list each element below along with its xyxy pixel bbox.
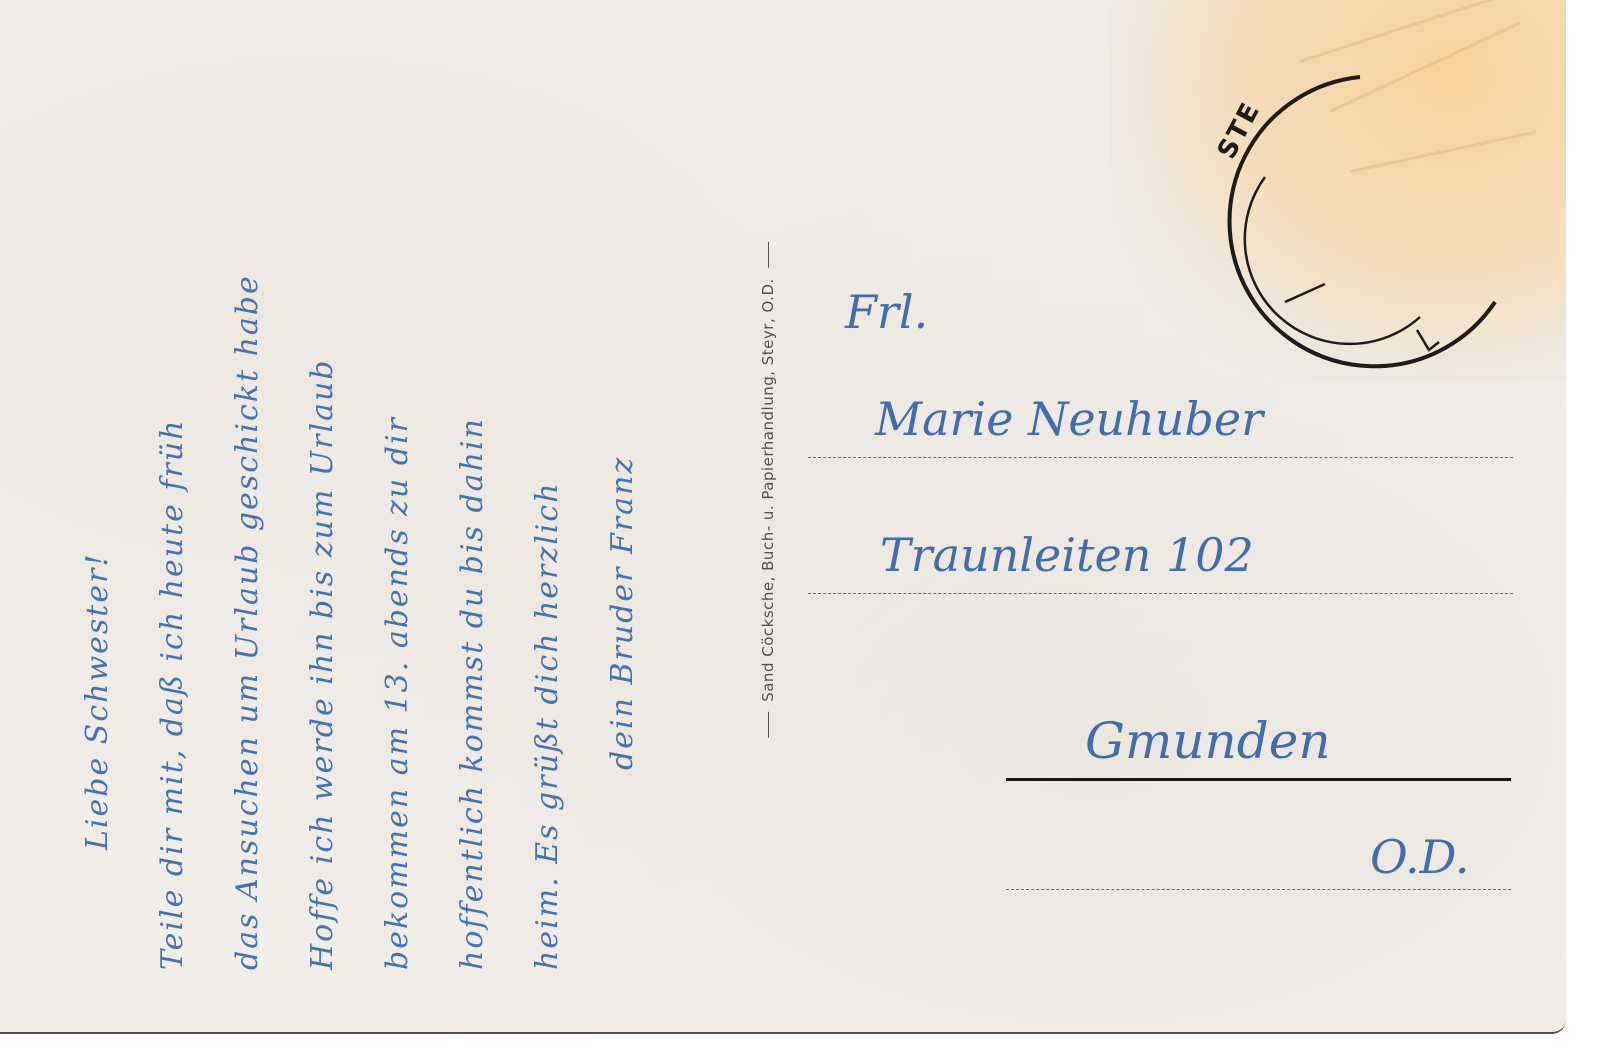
message-line: das Ansuchen um Urlaub geschickt habe — [210, 70, 285, 970]
address-salutation: Frl. — [845, 285, 928, 339]
message-line: hoffentlich kommst du bis dahin — [435, 70, 510, 970]
address-street: Traunleiten 102 — [880, 528, 1254, 582]
imprint-dash — [768, 712, 769, 738]
message-signature: dein Bruder Franz — [585, 70, 660, 970]
address-line-2 — [808, 593, 1513, 594]
publisher-imprint-text: Sand Cöcksche, Buch- u. Papierhandlung, … — [759, 278, 777, 702]
address-city: Gmunden — [1085, 712, 1331, 770]
address-line-4 — [1006, 889, 1511, 890]
address-region: O.D. — [1370, 830, 1470, 884]
address-line-3 — [1006, 778, 1511, 781]
message-line: Teile dir mit, daß ich heute früh — [135, 70, 210, 970]
message-line: bekommen am 13. abends zu dir — [360, 70, 435, 970]
handwritten-message: Liebe Schwester! Teile dir mit, daß ich … — [60, 70, 660, 970]
message-line: heim. Es grüßt dich herzlich — [510, 70, 585, 970]
message-greeting: Liebe Schwester! — [60, 70, 135, 970]
address-line-1 — [808, 457, 1513, 458]
address-name: Marie Neuhuber — [875, 392, 1263, 446]
imprint-dash — [768, 242, 769, 268]
publisher-imprint: Sand Cöcksche, Buch- u. Papierhandlung, … — [759, 232, 777, 748]
postcard-back: STE Sand Cöcksche, Buch- u. Papierhandlu… — [0, 0, 1566, 1034]
message-line: Hoffe ich werde ihn bis zum Urlaub — [285, 70, 360, 970]
